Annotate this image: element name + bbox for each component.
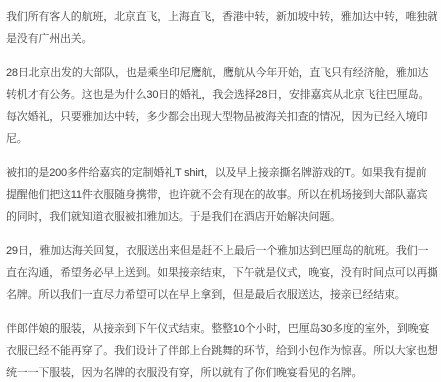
paragraph: 我们所有客人的航班，北京直飞，上海直飞，香港中转，新加坡中转，雅加达中转，唯独就… (6, 6, 437, 50)
text-line: 是没有广州出关。 (6, 28, 437, 50)
text-line: 转机才有公务。这也是为什么30日的婚礼，我会选择28日，安排嘉宾从北京飞往巴厘岛… (6, 84, 437, 106)
text-line: 名牌。所以我们一直尽力希望可以在早上拿到，但是最后衣服送达，接亲已经结束。 (6, 284, 437, 306)
text-line: 我们所有客人的航班，北京直飞，上海直飞，香港中转，新加坡中转，雅加达中转，唯独就 (6, 6, 437, 28)
text-line: 28日北京出发的大部队，也是乘坐印尼鹰航，鹰航从今年开始，直飞只有经济舱，雅加达 (6, 62, 437, 84)
text-line: 统一一下服装，因为名牌的衣服没有穿，所以就有了你们晚宴看见的名牌。 (6, 362, 437, 382)
paragraph: 被扣的是200多件给嘉宾的定制婚礼T shirt，以及早上接亲撕名牌游戏的T。如… (6, 162, 437, 228)
text-line: 尼。 (6, 128, 437, 150)
text-line: 的同时，我们就知道衣服被扣雅加达。于是我们在酒店开始解决问题。 (6, 206, 437, 228)
paragraph: 伴郎伴娘的服装，从接亲到下午仪式结束。整整10个小时，巴厘岛30多度的室外，到晚… (6, 318, 437, 382)
text-line: 提醒他们把这11件衣服随身携带，也许就不会有现在的故事。所以在机场接到大部队嘉宾 (6, 184, 437, 206)
paragraph: 29日，雅加达海关回复，衣服送出来但是赶不上最后一个雅加达到巴厘岛的航班。我们一… (6, 240, 437, 306)
text-line: 29日，雅加达海关回复，衣服送出来但是赶不上最后一个雅加达到巴厘岛的航班。我们一 (6, 240, 437, 262)
paragraph: 28日北京出发的大部队，也是乘坐印尼鹰航，鹰航从今年开始，直飞只有经济舱，雅加达… (6, 62, 437, 150)
text-line: 伴郎伴娘的服装，从接亲到下午仪式结束。整整10个小时，巴厘岛30多度的室外，到晚… (6, 318, 437, 340)
text-line: 每次婚礼，只要雅加达中转，多少都会出现大型物品被海关扣查的情况，因为已经入境印 (6, 106, 437, 128)
article-text: 我们所有客人的航班，北京直飞，上海直飞，香港中转，新加坡中转，雅加达中转，唯独就… (0, 0, 441, 382)
text-line: 直在沟通，希望务必早上送到。如果接亲结束，下午就是仪式，晚宴，没有时间点可以再撕 (6, 262, 437, 284)
text-line: 被扣的是200多件给嘉宾的定制婚礼T shirt，以及早上接亲撕名牌游戏的T。如… (6, 162, 437, 184)
text-line: 衣服已经不能再穿了。我们设计了伴郎上台跳舞的环节，给到小包作为惊喜。所以大家也想 (6, 340, 437, 362)
